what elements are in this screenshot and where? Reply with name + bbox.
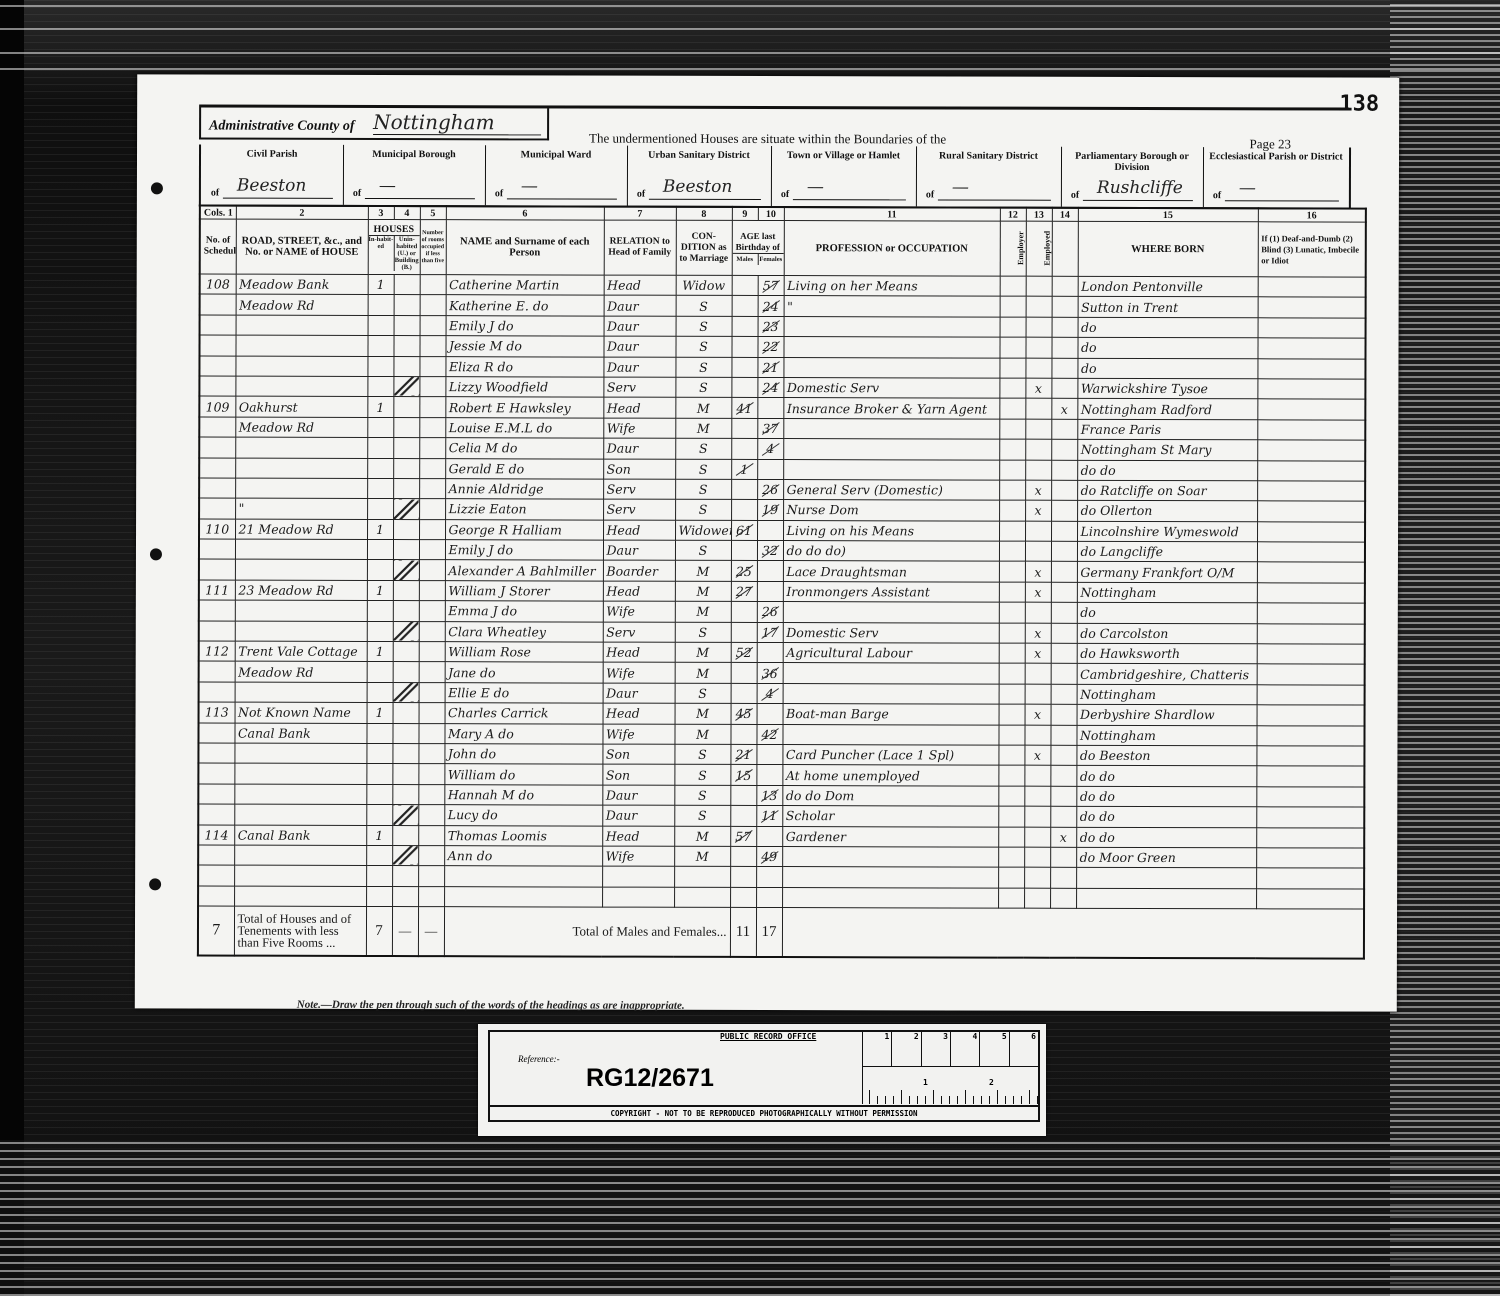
inhabited — [367, 560, 393, 580]
address — [234, 804, 366, 825]
occupation: Living on his Means — [783, 520, 999, 541]
birthplace: Sutton in Trent — [1078, 297, 1258, 318]
birthplace: do Ratcliffe on Soar — [1077, 480, 1257, 501]
condition: S — [675, 683, 731, 704]
uninhabited — [393, 601, 419, 621]
neither-mark — [1052, 276, 1078, 296]
employer-mark — [999, 500, 1025, 520]
census-page: 138 Administrative County of Nottingham … — [135, 74, 1399, 1011]
occupation: Nurse Dom — [783, 500, 999, 521]
employer-mark — [998, 745, 1024, 765]
header-employed: Employed — [1026, 221, 1052, 276]
employer-mark — [998, 827, 1024, 847]
infirmity — [1257, 562, 1365, 583]
schedule-no: 113 — [199, 702, 235, 722]
employed-mark: x — [1025, 643, 1051, 663]
female-age: 19 — [757, 500, 783, 520]
inhabited: 1 — [367, 519, 393, 539]
employer-mark — [1000, 317, 1026, 337]
employed-mark — [1025, 521, 1051, 541]
rooms — [418, 886, 444, 906]
rooms — [419, 642, 445, 662]
male-age: 41 — [731, 398, 757, 418]
condition: M — [675, 602, 731, 623]
male-age — [731, 622, 757, 642]
uninhabited — [394, 315, 420, 335]
employer-mark — [999, 398, 1025, 418]
employer-mark — [998, 725, 1024, 745]
neither-mark — [1052, 297, 1078, 317]
admin-municipal-borough: Municipal Borough of — — [343, 145, 486, 205]
scan-streak — [0, 68, 1500, 70]
occupation: do do do) — [783, 541, 999, 562]
female-age — [756, 765, 782, 785]
inhabited — [366, 845, 392, 865]
infirmity — [1256, 889, 1364, 910]
admin-ecclesiastical-parish: Ecclesiastical Parish or District of — — [1203, 147, 1351, 207]
condition: M — [674, 846, 730, 867]
civil-parish-value: Beeston — [223, 176, 333, 199]
relation: Daur — [603, 438, 675, 459]
address — [235, 682, 367, 703]
header-inhabited: In-habit-ed — [368, 235, 394, 270]
header-occupation: PROFESSION or OCCUPATION — [784, 221, 1000, 277]
male-age — [731, 602, 757, 622]
occupation: At home unemployed — [782, 765, 998, 786]
uninhabited — [393, 478, 419, 498]
person-name: Jessie M do — [445, 336, 603, 357]
occupation: Scholar — [782, 806, 998, 827]
admin-parliamentary-borough: Parliamentary Borough or Division of Rus… — [1061, 147, 1204, 207]
employed-mark — [1026, 276, 1052, 296]
occupation: Domestic Serv — [783, 377, 999, 398]
condition: S — [675, 500, 731, 521]
condition: S — [675, 438, 731, 459]
inhabited — [367, 662, 393, 682]
employer-mark — [999, 521, 1025, 541]
employed-mark: x — [1025, 500, 1051, 520]
female-age — [756, 744, 782, 764]
employed-mark — [1026, 317, 1052, 337]
parliamentary-value: Rushcliffe — [1083, 178, 1193, 201]
address — [234, 763, 366, 784]
schedule-no — [198, 763, 234, 783]
employed-mark — [1025, 399, 1051, 419]
neither-mark — [1050, 888, 1076, 908]
schedule-no — [198, 865, 234, 885]
employed-mark — [1026, 297, 1052, 317]
infirmity — [1257, 338, 1365, 359]
employed-mark — [1025, 460, 1051, 480]
person-name: Lizzy Woodfield — [445, 377, 603, 398]
employed-mark — [1024, 806, 1050, 826]
rooms — [419, 499, 445, 519]
ruler-tick — [1029, 1090, 1030, 1104]
rooms — [420, 315, 446, 335]
uninhabited — [393, 560, 419, 580]
employed-mark — [1025, 337, 1051, 357]
header-address: ROAD, STREET, &c., and No. or NAME of HO… — [236, 219, 368, 274]
inhabited — [366, 764, 392, 784]
neither-mark — [1050, 847, 1076, 867]
male-age: 61 — [731, 520, 757, 540]
rooms — [419, 682, 445, 702]
neither-mark — [1050, 786, 1076, 806]
relation: Serv — [603, 499, 675, 520]
employed-mark — [1024, 786, 1050, 806]
neither-mark — [1051, 439, 1077, 459]
employer-mark — [999, 541, 1025, 561]
employed-mark — [1025, 684, 1051, 704]
scan-edge-left — [0, 0, 24, 1296]
inhabited: 1 — [366, 825, 392, 845]
inhabited — [367, 540, 393, 560]
occupation: Agricultural Labour — [783, 643, 999, 664]
inhabited — [367, 458, 393, 478]
condition: Widow — [676, 275, 732, 296]
employer-mark — [999, 643, 1025, 663]
condition: M — [675, 642, 731, 663]
employer-mark — [998, 786, 1024, 806]
schedule-no — [199, 498, 235, 518]
employer-mark — [999, 358, 1025, 378]
person-name: John do — [444, 744, 602, 765]
condition: M — [674, 724, 730, 745]
birthplace: Germany Frankfort O/M — [1077, 562, 1257, 583]
infirmity — [1257, 705, 1365, 726]
condition: S — [674, 805, 730, 826]
rooms — [418, 723, 444, 743]
county-box: Administrative County of Nottingham — [199, 108, 549, 141]
ruler-cm: 1 2 3 4 5 6 — [863, 1032, 1039, 1067]
employed-mark: x — [1025, 623, 1051, 643]
total-schedules: 7 — [198, 906, 234, 956]
admin-boundaries: Civil Parish of Beeston Municipal Boroug… — [199, 145, 1351, 210]
uninhabited — [393, 376, 419, 396]
address — [235, 376, 367, 397]
female-age: 24 — [758, 296, 784, 316]
reference-label: Reference:- — [518, 1054, 560, 1064]
male-age — [730, 785, 756, 805]
employer-mark — [998, 847, 1024, 867]
schedule-no: 110 — [199, 519, 235, 539]
ruler-tick — [893, 1096, 894, 1104]
address — [234, 743, 366, 764]
person-name — [444, 886, 602, 907]
admin-urban-sanitary-district: Urban Sanitary District of Beeston — [627, 146, 772, 206]
male-age — [730, 724, 756, 744]
scan-streak — [0, 28, 1500, 30]
female-age: 11 — [756, 806, 782, 826]
relation: Wife — [603, 601, 675, 622]
header-males: Males — [732, 254, 758, 265]
relation — [602, 866, 674, 887]
occupation — [783, 357, 999, 378]
schedule-no — [199, 335, 235, 355]
ruler-tick — [973, 1096, 974, 1104]
infirmity — [1256, 848, 1364, 869]
occupation — [783, 418, 999, 439]
condition: S — [675, 540, 731, 561]
female-age: 4 — [757, 439, 783, 459]
person-name: Emily J do — [445, 540, 603, 561]
uninhabited — [392, 845, 418, 865]
address — [235, 356, 367, 377]
rooms — [419, 356, 445, 376]
person-name — [444, 866, 602, 887]
punch-hole-icon — [150, 548, 162, 560]
copyright-notice: COPYRIGHT - NOT TO BE REPRODUCED PHOTOGR… — [490, 1105, 1038, 1120]
condition — [674, 867, 730, 888]
neither-mark — [1051, 501, 1077, 521]
neither-mark — [1051, 337, 1077, 357]
condition: S — [676, 316, 732, 337]
inhabited — [366, 723, 392, 743]
employed-mark: x — [1025, 582, 1051, 602]
female-age — [757, 561, 783, 581]
total-uninhabited: — — [392, 907, 418, 957]
condition: S — [674, 765, 730, 786]
birthplace — [1076, 888, 1256, 909]
infirmity — [1257, 603, 1365, 624]
neither-mark — [1052, 317, 1078, 337]
female-age: 32 — [757, 541, 783, 561]
relation: Daur — [603, 357, 675, 378]
occupation: Lace Draughtsman — [783, 561, 999, 582]
birthplace: do do — [1076, 806, 1256, 827]
uninhabited — [393, 336, 419, 356]
birthplace — [1076, 868, 1256, 889]
occupation — [783, 459, 999, 480]
occupation — [782, 867, 998, 888]
neither-mark — [1051, 378, 1077, 398]
person-name: Alexander A Bahlmiller — [445, 560, 603, 581]
occupation: Ironmongers Assistant — [783, 581, 999, 602]
totals-row: 7 Total of Houses and of Tenements with … — [198, 906, 1364, 959]
male-age — [730, 867, 756, 887]
birthplace: Nottingham Radford — [1077, 399, 1257, 420]
person-name: Thomas Loomis — [444, 825, 602, 846]
occupation: Living on her Means — [784, 276, 1000, 297]
infirmity — [1257, 420, 1365, 441]
address: Meadow Bank — [236, 274, 368, 295]
rooms — [419, 662, 445, 682]
condition: S — [675, 622, 731, 643]
female-age — [756, 826, 782, 846]
employed-mark — [1024, 725, 1050, 745]
schedule-no — [199, 559, 235, 579]
employer-mark — [999, 337, 1025, 357]
rooms — [419, 540, 445, 560]
occupation: Gardener — [782, 826, 998, 847]
inhabited: 1 — [368, 274, 394, 294]
female-age: 24 — [757, 377, 783, 397]
infirmity — [1256, 766, 1364, 787]
schedule-no: 109 — [199, 396, 235, 416]
person-name: Gerald E do — [445, 458, 603, 479]
male-age — [731, 357, 757, 377]
infirmity — [1256, 787, 1364, 808]
rooms — [418, 764, 444, 784]
uninhabited — [392, 723, 418, 743]
occupation: Card Puncher (Lace 1 Spl) — [782, 745, 998, 766]
header-age: AGE last Birthday of Males Females — [732, 220, 784, 275]
relation: Wife — [602, 846, 674, 867]
employed-mark — [1025, 439, 1051, 459]
birthplace: do Langcliffe — [1077, 541, 1257, 562]
occupation — [783, 602, 999, 623]
female-age — [757, 459, 783, 479]
employed-mark: x — [1025, 378, 1051, 398]
relation: Head — [603, 520, 675, 541]
birthplace: do do — [1076, 827, 1256, 848]
infirmity — [1256, 868, 1364, 889]
occupation: do do Dom — [782, 785, 998, 806]
rooms — [419, 397, 445, 417]
person-name: Emily J do — [446, 315, 604, 336]
neither-mark — [1051, 684, 1077, 704]
birthplace: do — [1078, 317, 1258, 338]
employed-mark — [1025, 541, 1051, 561]
rooms — [419, 377, 445, 397]
rooms — [419, 417, 445, 437]
rooms — [419, 560, 445, 580]
employed-mark: x — [1025, 704, 1051, 724]
header-relation: RELATION to Head of Family — [604, 220, 676, 275]
female-age: 36 — [757, 663, 783, 683]
uninhabited — [393, 356, 419, 376]
inhabited — [367, 682, 393, 702]
schedule-no — [199, 376, 235, 396]
relation — [602, 887, 674, 908]
female-age — [757, 520, 783, 540]
rooms — [418, 744, 444, 764]
employed-mark: x — [1025, 562, 1051, 582]
relation: Son — [602, 744, 674, 765]
relation: Head — [603, 397, 675, 418]
address — [235, 560, 367, 581]
employer-mark — [1000, 276, 1026, 296]
rooms — [419, 580, 445, 600]
person-name: Jane do — [445, 662, 603, 683]
relation: Daur — [603, 540, 675, 561]
female-age: 13 — [756, 785, 782, 805]
employer-mark — [999, 419, 1025, 439]
female-age — [757, 581, 783, 601]
scan-edge-right — [1390, 0, 1500, 1296]
occupation — [782, 887, 998, 908]
admin-town-village: Town or Village or Hamlet of — — [771, 146, 917, 206]
relation: Head — [602, 826, 674, 847]
admin-rural-sanitary-district: Rural Sanitary District of — — [916, 146, 1062, 206]
relation: Son — [603, 459, 675, 480]
neither-mark — [1051, 582, 1077, 602]
male-age — [731, 337, 757, 357]
schedule-no: 108 — [200, 274, 236, 294]
condition: S — [676, 296, 732, 317]
address — [234, 886, 366, 907]
uninhabited — [393, 519, 419, 539]
employer-mark — [999, 378, 1025, 398]
neither-mark — [1051, 664, 1077, 684]
employer-mark — [998, 867, 1024, 887]
ruler-tick — [965, 1090, 966, 1104]
public-record-office-label: PUBLIC RECORD OFFICE Reference:- RG12/26… — [478, 1024, 1046, 1136]
schedule-no — [199, 478, 235, 498]
relation: Daur — [603, 683, 675, 704]
relation: Daur — [603, 336, 675, 357]
person-name: William do — [444, 764, 602, 785]
schedule-no — [198, 784, 234, 804]
schedule-no — [200, 315, 236, 335]
county-value: Nottingham — [373, 110, 541, 135]
header-houses: HOUSES In-habit-ed Unin-habited (U.) or … — [368, 219, 420, 274]
inhabited — [366, 866, 392, 886]
uninhabited — [393, 703, 419, 723]
employed-mark: x — [1024, 745, 1050, 765]
male-age — [730, 887, 756, 907]
infirmity — [1257, 460, 1365, 481]
neither-mark — [1051, 480, 1077, 500]
header-condition: CON-DITION as to Marriage — [676, 220, 732, 275]
schedule-no — [198, 804, 234, 824]
county-label: Administrative County of — [209, 119, 355, 135]
condition: M — [675, 398, 731, 419]
male-age — [731, 683, 757, 703]
scan-edge-bottom — [0, 1140, 1500, 1296]
rooms — [419, 336, 445, 356]
condition: M — [675, 663, 731, 684]
pro-title: PUBLIC RECORD OFFICE — [720, 1032, 816, 1041]
birthplace: Cambridgeshire, Chatteris — [1077, 664, 1257, 685]
rooms — [418, 825, 444, 845]
schedule-no — [199, 437, 235, 457]
uninhabited — [392, 805, 418, 825]
inhabited — [367, 417, 393, 437]
male-age: 27 — [731, 581, 757, 601]
total-females: 17 — [756, 908, 782, 958]
person-name: Katherine E. do — [446, 295, 604, 316]
male-age — [731, 540, 757, 560]
address: Meadow Rd — [236, 294, 368, 315]
address — [234, 865, 366, 886]
infirmity — [1257, 685, 1365, 706]
birthplace: do — [1077, 603, 1257, 624]
birthplace: do do — [1076, 786, 1256, 807]
total-persons-label: Total of Males and Females... — [444, 907, 730, 957]
reference-number: RG12/2671 — [586, 1064, 714, 1093]
employer-mark — [999, 439, 1025, 459]
total-rooms: — — [418, 907, 444, 957]
ruler-tick — [925, 1096, 926, 1104]
address: Meadow Rd — [235, 662, 367, 683]
admin-municipal-ward: Municipal Ward of — — [485, 145, 628, 205]
person-name: Ellie E do — [445, 682, 603, 703]
schedule-no — [199, 661, 235, 681]
infirmity — [1256, 725, 1364, 746]
condition — [674, 887, 730, 908]
uninhabited — [393, 458, 419, 478]
ruler-tick — [1021, 1096, 1022, 1104]
neither-mark: x — [1051, 399, 1077, 419]
admin-civil-parish: Civil Parish of Beeston — [201, 145, 344, 205]
punch-hole-icon — [151, 182, 163, 194]
infirmity — [1258, 297, 1366, 318]
uninhabited — [393, 499, 419, 519]
form-header: Administrative County of Nottingham The … — [199, 105, 1349, 145]
infirmity — [1257, 501, 1365, 522]
employer-mark — [999, 664, 1025, 684]
